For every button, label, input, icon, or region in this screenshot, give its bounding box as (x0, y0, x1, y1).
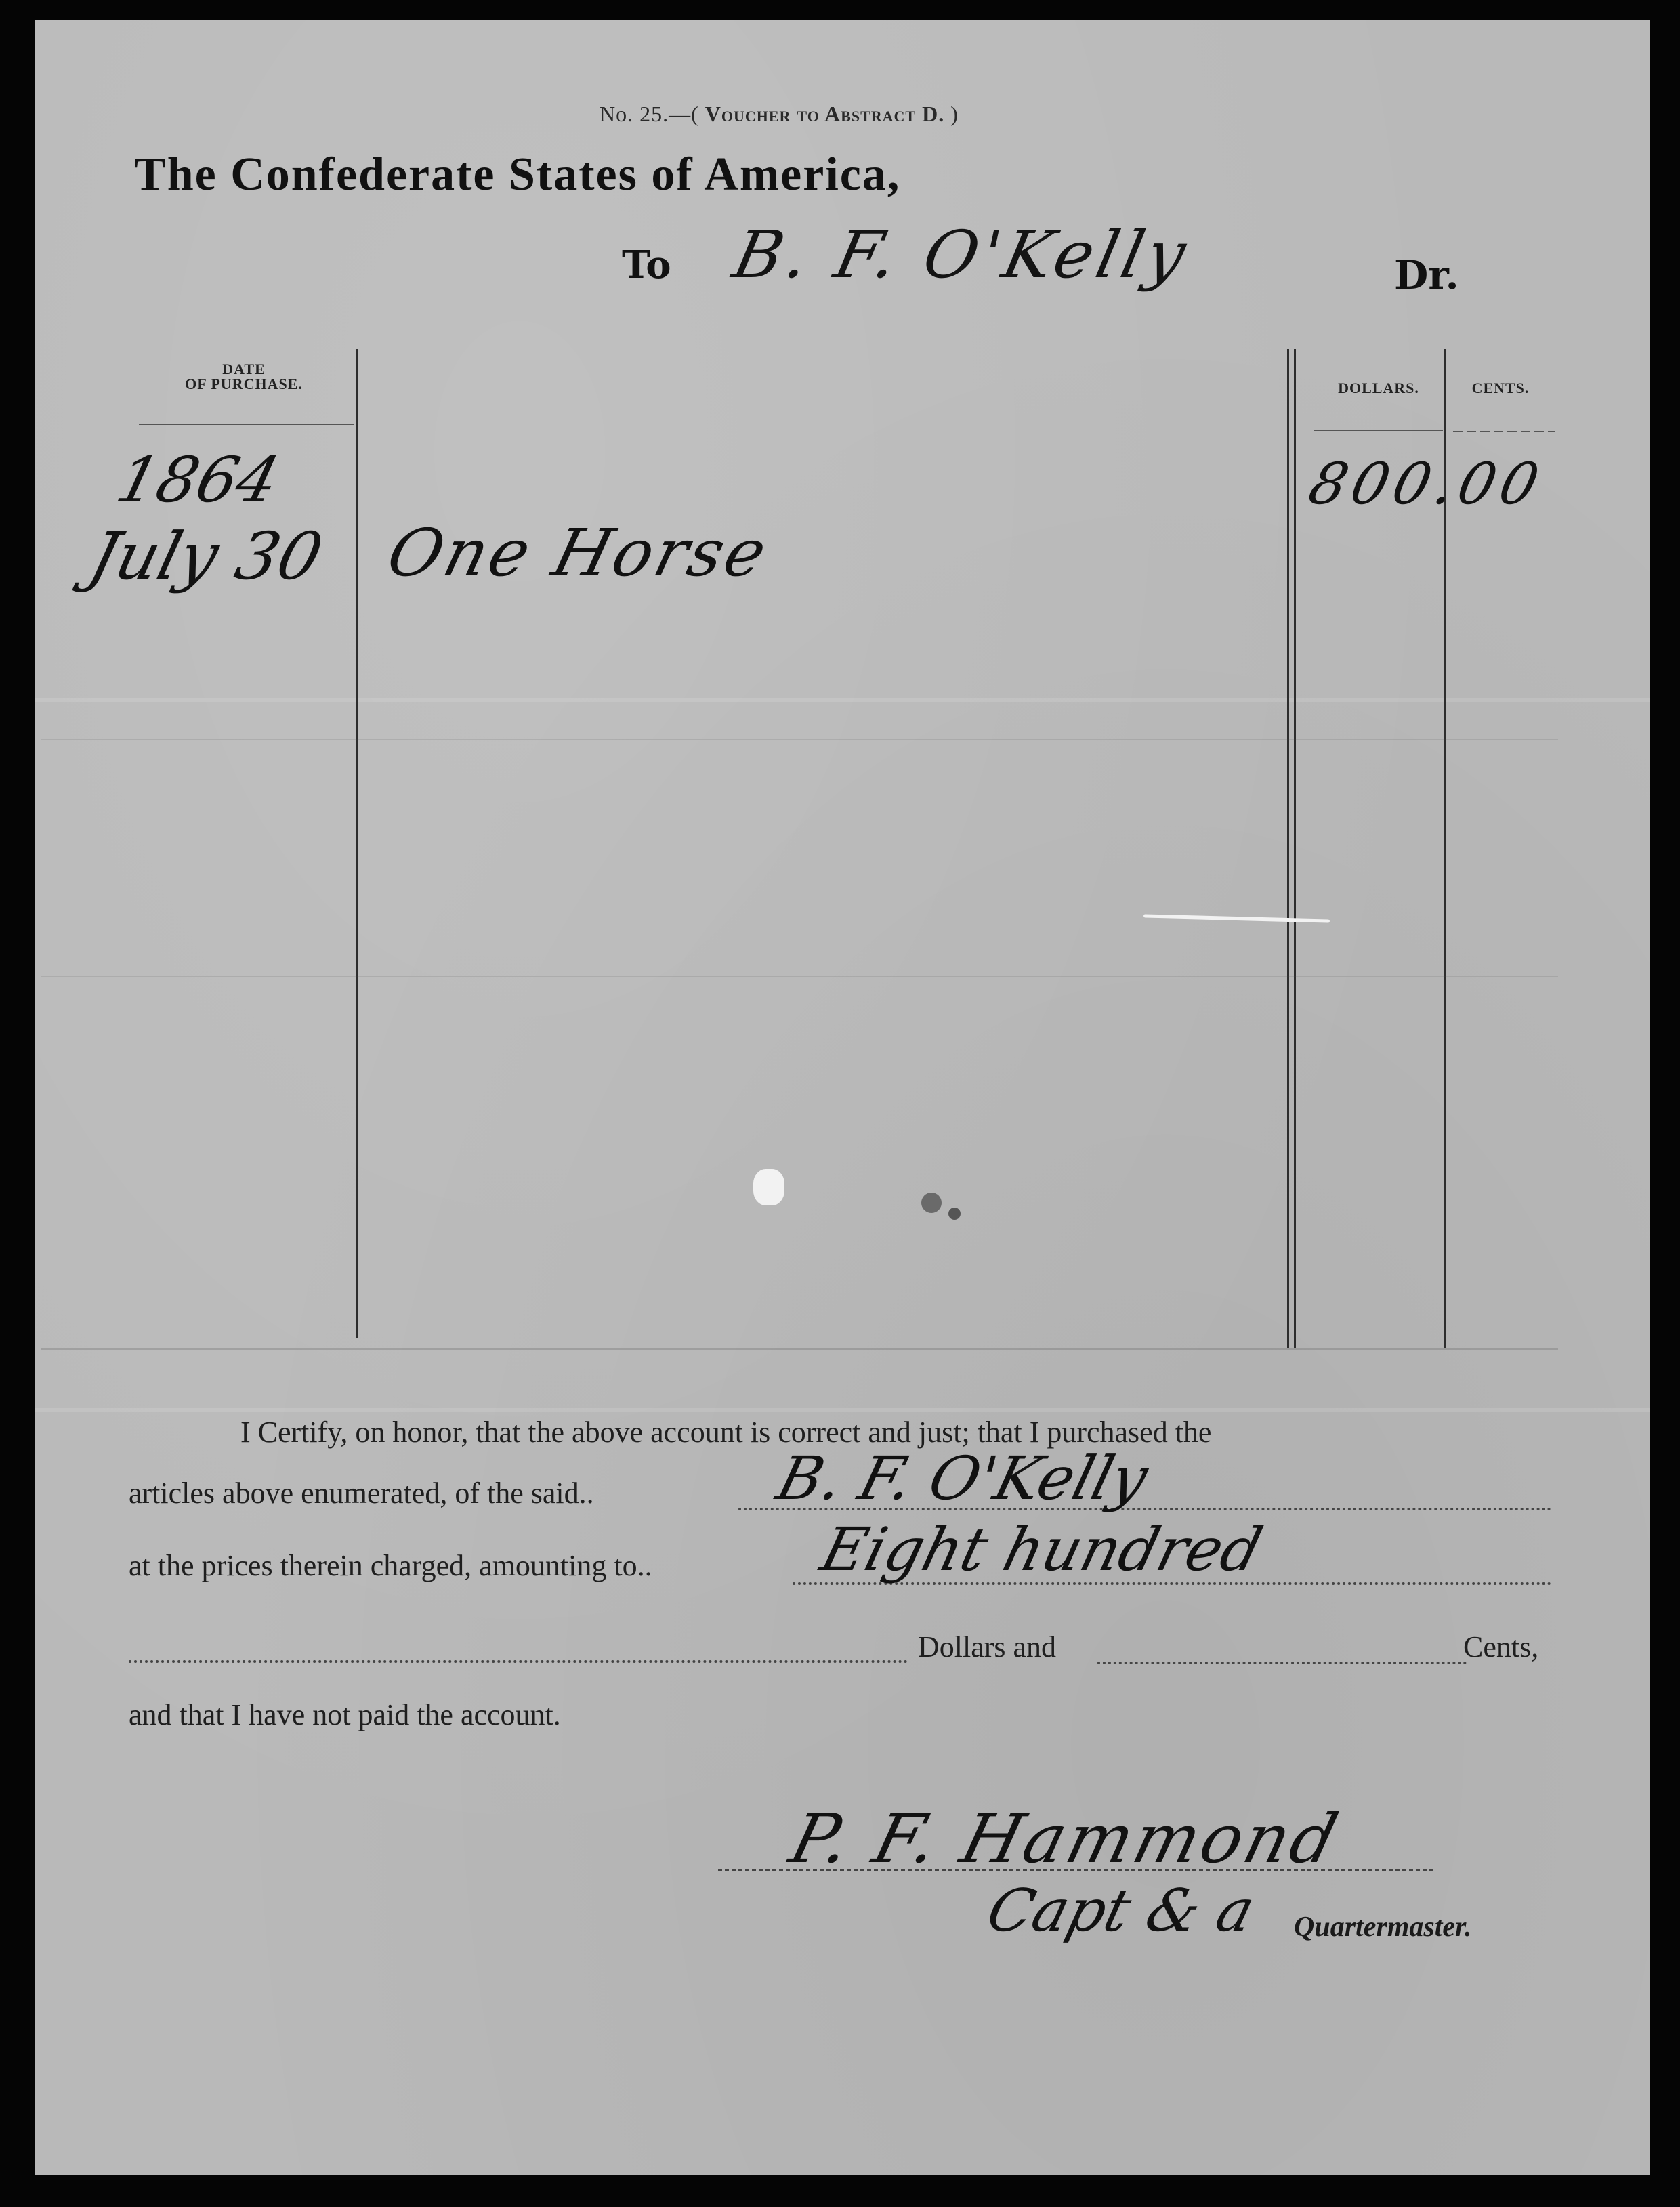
purchase-date: July 30 (82, 518, 330, 594)
to-label: To (622, 243, 671, 287)
dollars-header-rule (1314, 430, 1443, 431)
rank-handwritten: Capt & a (981, 1877, 1261, 1945)
cents-label: Cents, (1463, 1630, 1538, 1664)
stain-spot (921, 1193, 942, 1213)
table-bottom-rule (41, 1348, 1558, 1350)
ruled-line (41, 976, 1558, 977)
amount-continuation-line (129, 1660, 908, 1663)
certification-line-5: and that I have not paid the account. (129, 1697, 561, 1732)
dollars-column-divider-left-2 (1294, 349, 1296, 1348)
ruled-line (41, 739, 1558, 740)
paper-flaw (753, 1169, 784, 1205)
fold-crease (35, 698, 1650, 702)
voucher-number: No. 25.—( Voucher to Abstract D. ) (600, 102, 959, 127)
debtor-label: Dr. (1394, 252, 1459, 298)
stain-spot (948, 1208, 961, 1220)
dollars-and-label: Dollars and (918, 1630, 1056, 1664)
cents-fill-line (1097, 1662, 1467, 1664)
item-amount: 800.00 (1303, 451, 1551, 517)
fold-crease (35, 1408, 1650, 1412)
cents-header-rule (1453, 431, 1555, 432)
date-column-divider (356, 349, 358, 1338)
column-header-cents: CENTS. (1456, 379, 1545, 397)
purchase-year: 1864 (110, 444, 287, 516)
payee-name-handwritten: B. F. O'Kelly (727, 217, 1196, 293)
column-header-date: DATE OF PURCHASE. (135, 362, 352, 392)
date-header-rule (139, 424, 354, 425)
quartermaster-signature: P. F. Hammond (782, 1799, 1347, 1878)
certification-line-2-label: articles above enumerated, of the said.. (129, 1476, 594, 1510)
vendor-name-handwritten: B. F. O'Kelly (770, 1443, 1154, 1513)
quartermaster-title: Quartermaster. (1294, 1911, 1472, 1943)
column-header-dollars: DOLLARS. (1311, 379, 1446, 397)
dollars-column-divider-left-1 (1287, 349, 1289, 1348)
document-title: The Confederate States of America, (134, 148, 900, 202)
amount-in-words-handwritten: Eight hundred (814, 1514, 1269, 1584)
item-description: One Horse (380, 515, 776, 591)
signature-line (718, 1869, 1436, 1871)
certification-line-3-label: at the prices therein charged, amounting… (129, 1548, 652, 1583)
